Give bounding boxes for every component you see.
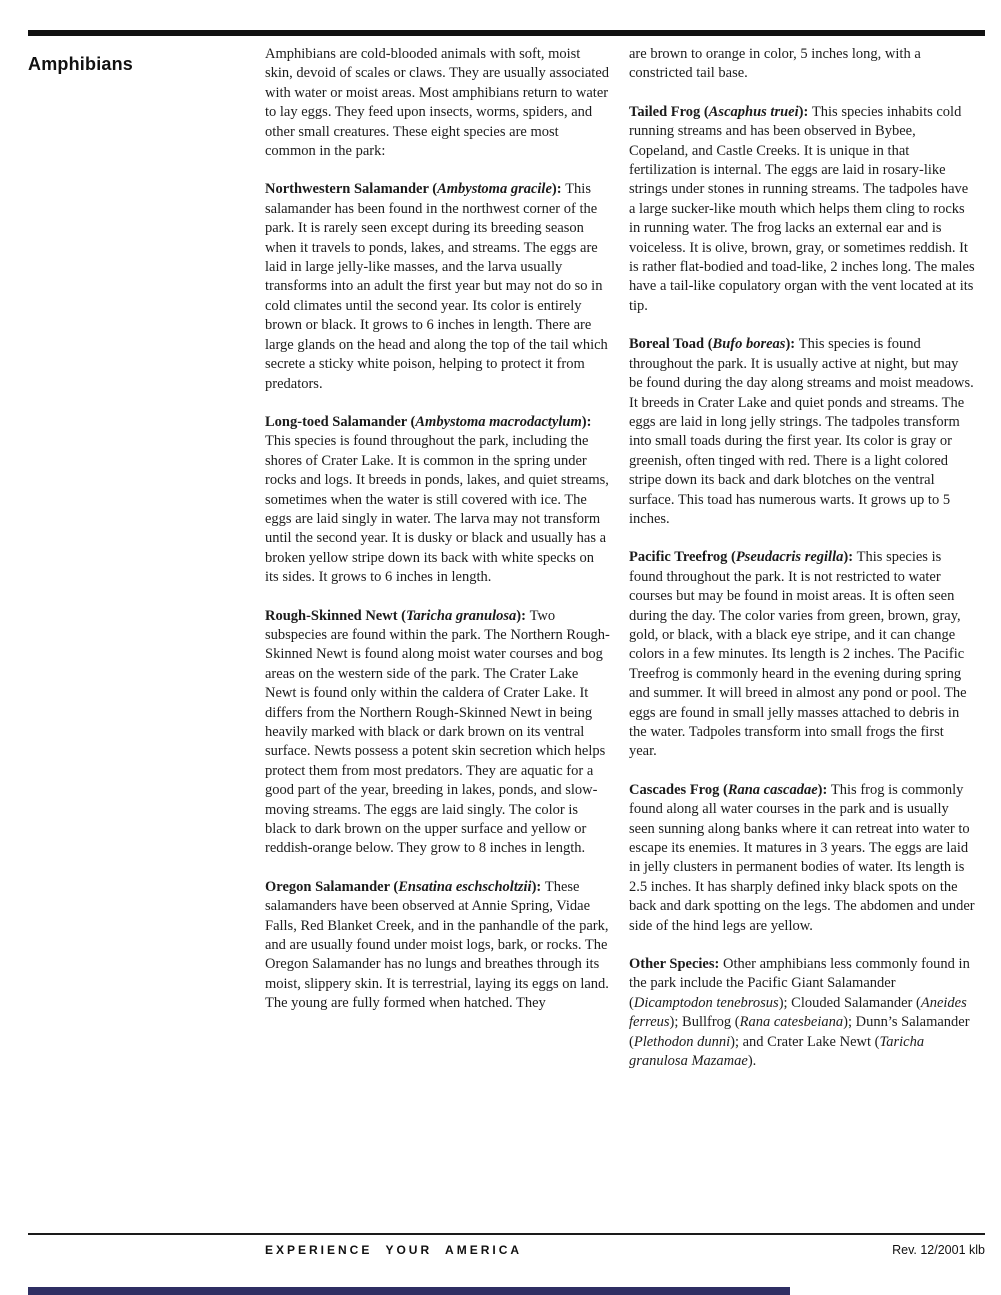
latin-name: Ambystoma macrodactylum (415, 414, 581, 430)
species-paragraph: Tailed Frog (Ascaphus truei): This speci… (629, 103, 975, 316)
bottom-accent-bar (28, 1287, 790, 1295)
species-paragraph: Long-toed Salamander (Ambystoma macrodac… (265, 413, 611, 588)
paragraph-text: are brown to orange in color, 5 inches l… (629, 46, 921, 81)
species-name: Long-toed Salamander (Ambystoma macrodac… (265, 414, 591, 430)
paragraph-text: This species inhabits cold running strea… (629, 104, 975, 314)
species-name: Oregon Salamander (Ensatina eschscholtzi… (265, 879, 545, 895)
latin-name: Bufo boreas (713, 336, 786, 352)
species-name: Boreal Toad (Bufo boreas): (629, 336, 799, 352)
latin-name: Rana catesbeiana (740, 1014, 844, 1030)
latin-name: Ensatina eschscholtzii (398, 879, 531, 895)
species-name: Rough-Skinned Newt (Taricha granulosa): (265, 608, 530, 624)
species-name: Pacific Treefrog (Pseudacris regilla): (629, 549, 857, 565)
paragraph-text: This frog is commonly found along all wa… (629, 782, 975, 934)
latin-name: Taricha granulosa (406, 608, 516, 624)
latin-name: Ascaphus truei (709, 104, 799, 120)
footer-rule (28, 1233, 985, 1235)
species-name: Cascades Frog (Rana cascadae): (629, 782, 831, 798)
footer-revision-text: Rev. 12/2001 klb (892, 1243, 985, 1257)
paragraph-text: ); Clouded Salamander ( (779, 995, 921, 1011)
text-column-left: Amphibians are cold-blooded animals with… (265, 45, 611, 1033)
latin-name: Plethodon dunni (634, 1034, 730, 1050)
paragraph-text: This species is found throughout the par… (265, 433, 609, 585)
document-page: Amphibians Amphibians are cold-blooded a… (0, 0, 1001, 1295)
species-name: Other Species: (629, 956, 723, 972)
paragraph-text: These salamanders have been observed at … (265, 879, 609, 1011)
paragraph-text: This species is found throughout the par… (629, 549, 967, 759)
body-paragraph: Amphibians are cold-blooded animals with… (265, 45, 611, 161)
latin-name: Pseudacris regilla (736, 549, 844, 565)
species-paragraph: Pacific Treefrog (Pseudacris regilla): T… (629, 548, 975, 761)
paragraph-text: This species is found throughout the par… (629, 336, 974, 527)
latin-name: Rana cascadae (728, 782, 818, 798)
species-paragraph: Oregon Salamander (Ensatina eschscholtzi… (265, 878, 611, 1014)
species-paragraph: Cascades Frog (Rana cascadae): This frog… (629, 781, 975, 936)
text-column-right: are brown to orange in color, 5 inches l… (629, 45, 975, 1091)
footer-brand-text: EXPERIENCE YOUR AMERICA (265, 1243, 522, 1257)
species-paragraph: Rough-Skinned Newt (Taricha granulosa): … (265, 607, 611, 859)
paragraph-text: ); Bullfrog ( (670, 1014, 740, 1030)
paragraph-text: ); and Crater Lake Newt ( (730, 1034, 879, 1050)
latin-name: Ambystoma gracile (437, 181, 552, 197)
page-title: Amphibians (28, 54, 133, 75)
paragraph-text: This salamander has been found in the no… (265, 181, 608, 391)
paragraph-text: Amphibians are cold-blooded animals with… (265, 46, 609, 159)
species-paragraph: Other Species: Other amphibians less com… (629, 955, 975, 1071)
body-paragraph: are brown to orange in color, 5 inches l… (629, 45, 975, 84)
species-paragraph: Northwestern Salamander (Ambystoma graci… (265, 180, 611, 393)
species-name: Northwestern Salamander (Ambystoma graci… (265, 181, 565, 197)
latin-name: Dicamptodon tenebrosus (634, 995, 779, 1011)
paragraph-text: ). (748, 1053, 756, 1069)
species-paragraph: Boreal Toad (Bufo boreas): This species … (629, 335, 975, 529)
species-name: Tailed Frog (Ascaphus truei): (629, 104, 812, 120)
paragraph-text: Two subspecies are found within the park… (265, 608, 610, 857)
top-rule-bar (28, 30, 985, 36)
